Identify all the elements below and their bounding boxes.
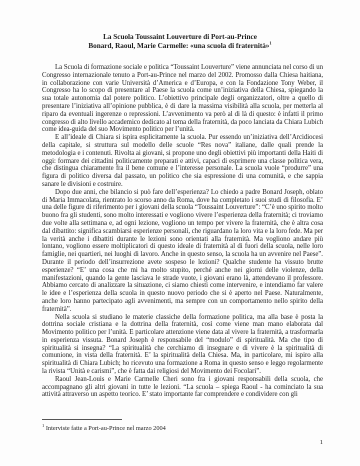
paragraph-5: Raoul Jean-Louis e Marie Carmelle Cheri …: [42, 376, 323, 399]
footnote-text: Interviste fatte a Port-au-Prince nel ma…: [46, 425, 166, 432]
document-title: La Scuola Toussaint Louverture di Port-a…: [0, 33, 360, 51]
paragraph-4: Nella scuola si studiano le materie clas…: [42, 314, 323, 376]
paragraph-3: Dopo due anni, che bilancio si può fare …: [42, 189, 323, 314]
title-line-1: La Scuola Toussaint Louverture di Port-a…: [0, 33, 360, 42]
footnote-marker: 1: [42, 423, 44, 428]
paragraph-1: La Scuola di formazione sociale e politi…: [42, 64, 323, 134]
document-body: La Scuola di formazione sociale e politi…: [42, 64, 323, 399]
document-page: La Scuola Toussaint Louverture di Port-a…: [0, 0, 360, 466]
paragraph-2: E all’ideale di Chiara si ispira esplici…: [42, 134, 323, 189]
footnote: 1 Interviste fatte a Port-au-Prince nel …: [42, 425, 323, 433]
title-line-2: Bonard, Raoul, Marie Carmelle: «una scuo…: [0, 42, 360, 51]
page-number: 1: [320, 439, 323, 446]
title-line-2-text: Bonard, Raoul, Marie Carmelle: «una scuo…: [88, 42, 269, 50]
footnote-separator: [42, 419, 122, 420]
footnote-reference: 1: [269, 41, 271, 46]
